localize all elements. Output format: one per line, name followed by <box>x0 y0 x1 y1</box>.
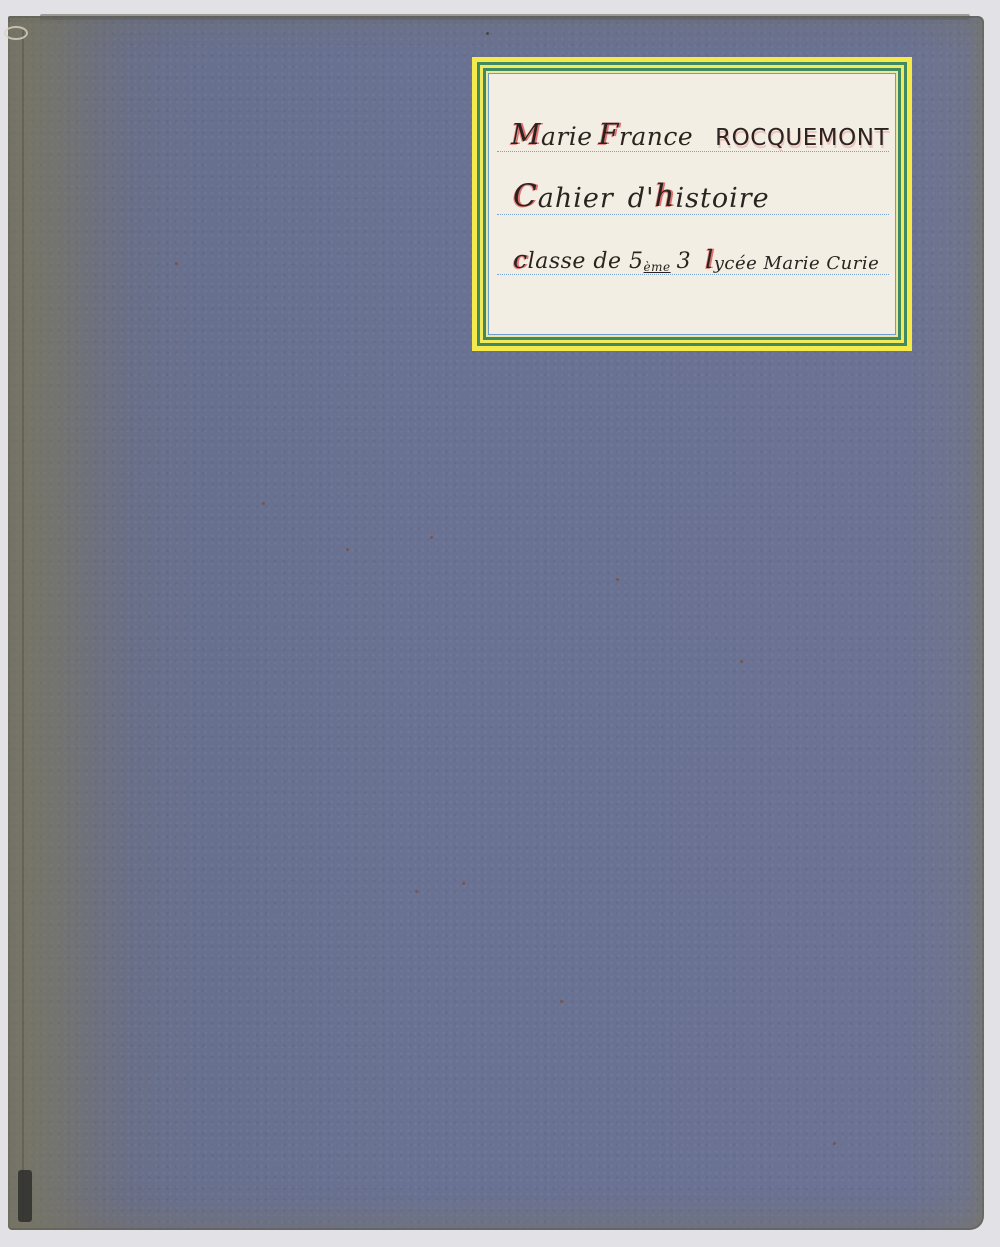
paper-fiber-speck <box>175 262 178 265</box>
paper-fiber-speck <box>430 536 433 539</box>
class-text: lasse de 5 <box>528 249 644 274</box>
paper-fiber-speck <box>560 1000 563 1003</box>
subject-word1-rest: ahier <box>538 183 614 214</box>
label-owner-name: Marie France ROCQUEMONT <box>497 123 889 152</box>
label-frame-outer: Marie France ROCQUEMONT Cahier d'histoir… <box>477 62 907 346</box>
label-paper: Marie France ROCQUEMONT Cahier d'histoir… <box>488 73 896 335</box>
notebook-label: Marie France ROCQUEMONT Cahier d'histoir… <box>472 57 912 351</box>
paper-fiber-speck <box>415 890 418 893</box>
initial-h: h <box>655 178 676 214</box>
first-name-rest: arie <box>541 122 593 151</box>
spine-tape-remnant <box>18 1170 32 1222</box>
initial-f: F <box>598 117 618 151</box>
class-superscript: ème <box>644 260 671 274</box>
initial-c-lower: c <box>513 245 528 274</box>
paper-fiber-speck <box>346 548 349 551</box>
paper-fiber-speck <box>740 660 743 663</box>
initial-m: M <box>511 117 541 151</box>
paper-fiber-speck <box>462 882 465 885</box>
initial-c: C <box>513 178 538 214</box>
label-subject: Cahier d'histoire <box>497 186 889 215</box>
binding-thread-mark <box>4 26 28 40</box>
subject-word2-rest: istoire <box>676 183 770 214</box>
class-number: 3 <box>677 249 692 274</box>
initial-l: l <box>705 245 714 274</box>
surname: ROCQUEMONT <box>715 125 889 151</box>
second-name-rest: rance <box>619 122 693 151</box>
school-name: ycée Marie Curie <box>714 253 880 274</box>
cover-top-edge <box>40 14 970 20</box>
label-class-school: classe de 5ème3 lycée Marie Curie <box>497 246 889 275</box>
spine-fold-line <box>22 30 24 1220</box>
paper-fiber-speck <box>833 1142 836 1145</box>
paper-fiber-speck <box>262 502 265 505</box>
subject-word2-prefix: d' <box>628 183 655 214</box>
paper-fiber-speck <box>486 32 489 35</box>
paper-fiber-speck <box>616 578 619 581</box>
label-frame-inner: Marie France ROCQUEMONT Cahier d'histoir… <box>483 68 901 340</box>
